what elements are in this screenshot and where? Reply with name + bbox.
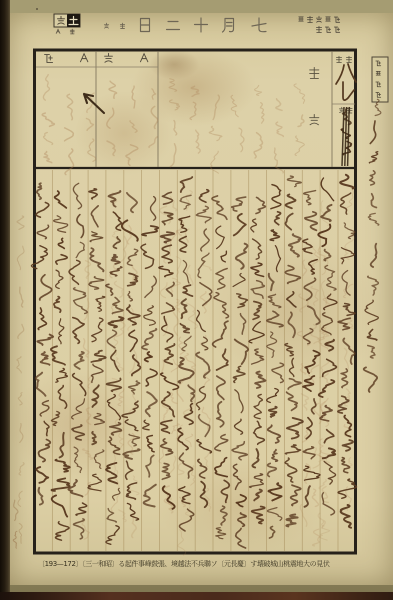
weekday-badge xyxy=(54,14,80,34)
page-artwork xyxy=(0,0,393,600)
weather-value-handwriting xyxy=(336,64,356,100)
memo-section-label xyxy=(310,67,319,124)
caption-text: 〔193—172〕〔三一和昭〕る起件事峰鼓張、境越法不兵聯ソ〔元長慶〕す壊破城山… xyxy=(38,559,368,569)
old-calendar-date xyxy=(299,16,340,32)
struck-out-entry xyxy=(341,107,351,166)
handwritten-entry xyxy=(31,175,356,548)
scanned-diary-page: 〔193—172〕〔三一和昭〕る起件事峰鼓張、境越法不兵聯ソ〔元長慶〕す壊破城山… xyxy=(0,0,393,600)
date-title xyxy=(141,18,267,32)
margin-tab xyxy=(372,57,388,102)
ink-bleedthrough xyxy=(13,75,354,556)
right-margin-note xyxy=(364,99,381,392)
weather-label xyxy=(336,56,351,62)
